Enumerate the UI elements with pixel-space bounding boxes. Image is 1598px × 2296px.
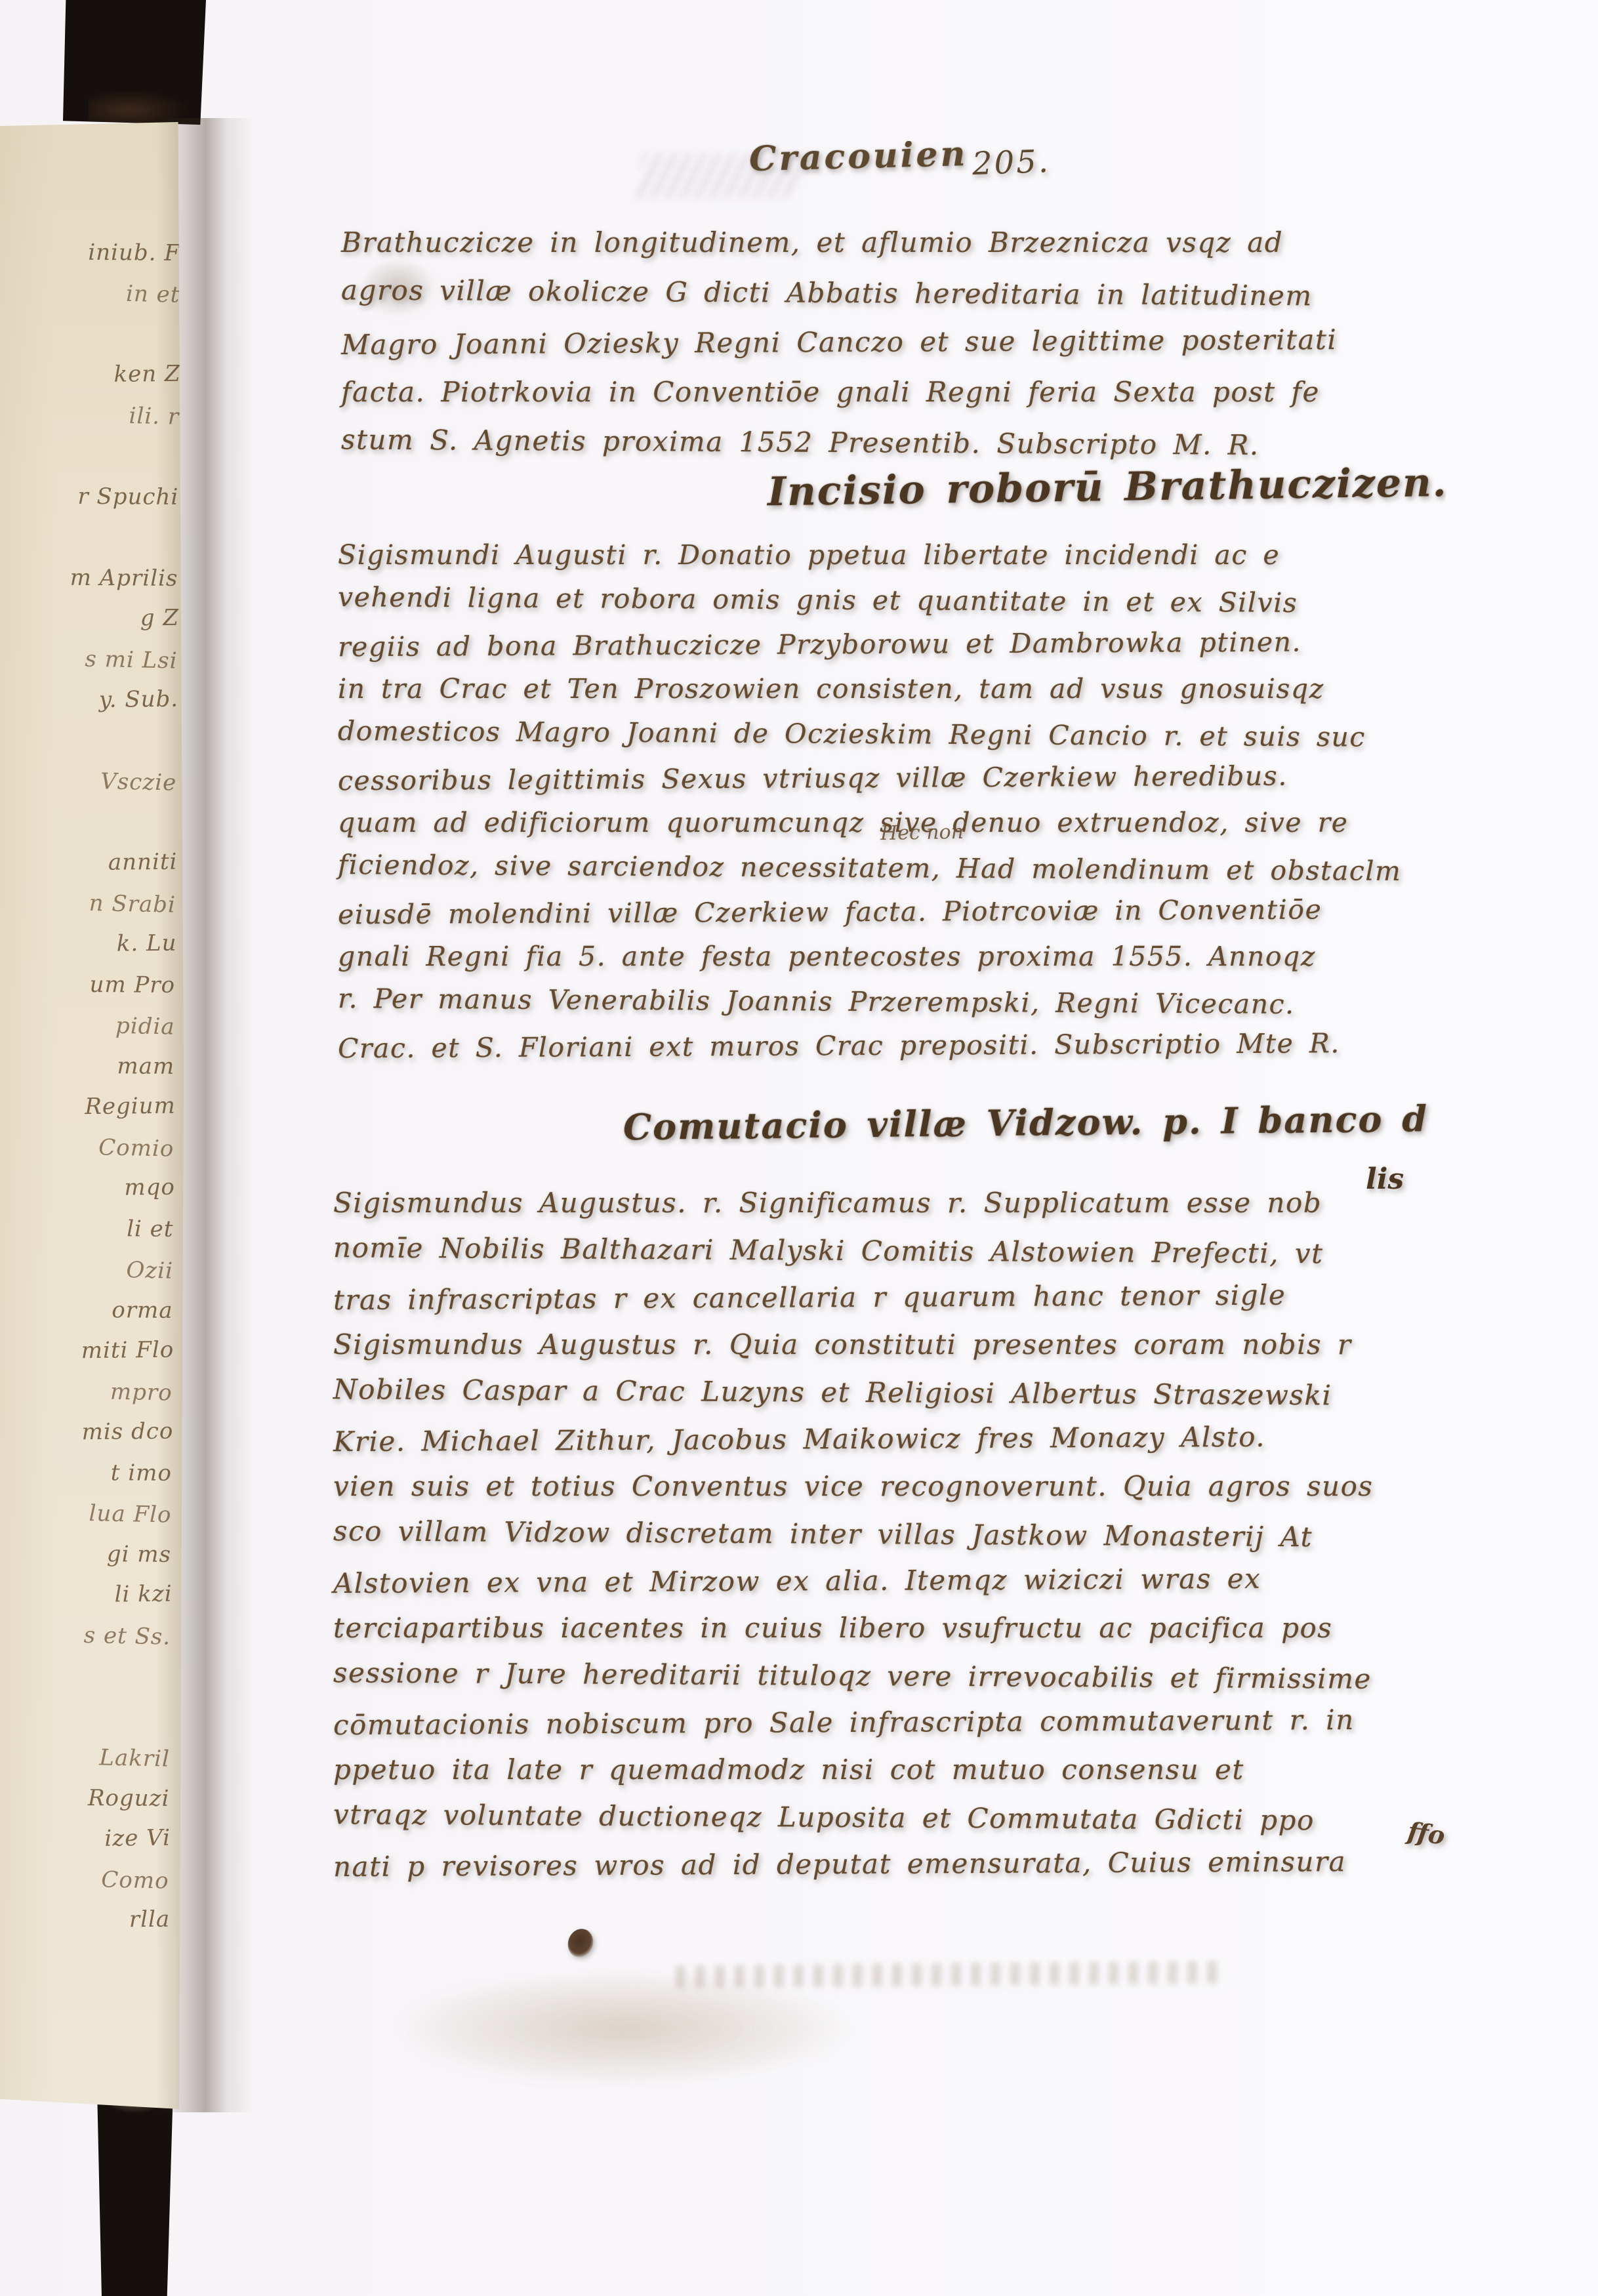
section-heading-2: Comutacio villæ Vidzow. p. I banco d pat… (623, 1096, 1598, 1148)
text-fragment: Como (5, 1857, 169, 1901)
text-fragment: orma (9, 1289, 173, 1331)
text-line: Krie. Michael Zithur, Jacobus Maikowicz … (333, 1413, 1374, 1466)
text-fragment: gi ms (7, 1533, 171, 1575)
paragraph-1: Brathuczicze in longitudinem, et aflumio… (341, 218, 1337, 467)
paragraph-3: Sigismundus Augustus. r. Significamus r.… (333, 1179, 1373, 1888)
previous-page-edge: iniub. F in et ken Z ili. r r Spuchi m A… (0, 122, 184, 2111)
binding-strip-bottom (97, 2087, 173, 2296)
text-fragment: ili. r (15, 393, 180, 437)
text-line: ficiendoz, sive sarciendoz necessitatem,… (338, 842, 1402, 893)
text-fragment: pidia (10, 1003, 175, 1047)
text-line: Alstovien ex vna et Mirzow ex alia. Item… (333, 1555, 1374, 1607)
text-line: regiis ad bona Brathuczicze Przyborowu e… (338, 619, 1402, 669)
text-line: stum S. Agnetis proxima 1552 Presentib. … (341, 415, 1338, 470)
paragraph-2: Sigismundi Augusti r. Donatio ppetua lib… (338, 533, 1401, 1068)
text-fragment: iniub. F (16, 232, 180, 274)
text-line: Crac. et S. Floriani ext muros Crac prep… (338, 1021, 1402, 1071)
text-fragment (16, 313, 180, 355)
text-line: Sigismundi Augusti r. Donatio ppetua lib… (338, 533, 1401, 577)
text-fragment: miti Flo (10, 1330, 174, 1372)
text-line: vtraqz voluntate ductioneqz Luposita et … (333, 1791, 1374, 1845)
text-fragment (14, 515, 178, 559)
text-line: in tra Crac et Ten Proszowien consisten,… (338, 666, 1401, 711)
interline-note: Hec non (880, 821, 964, 845)
previous-page-text-fragments: iniub. F in et ken Z ili. r r Spuchi m A… (5, 232, 180, 1941)
text-fragment: Ozii (9, 1247, 173, 1291)
text-line: Nobiles Caspar a Crac Luzyns et Religios… (333, 1366, 1374, 1420)
text-line: nomīe Nobilis Balthazari Malyski Comitis… (333, 1224, 1374, 1278)
text-line: gnali Regni fia 5. ante festa pentecoste… (338, 934, 1401, 979)
text-fragment: anniti (13, 842, 178, 884)
text-fragment: mam (10, 1045, 174, 1087)
text-fragment: in et (16, 271, 180, 315)
bleed-through-ghost-text (676, 1960, 1227, 1987)
section-heading-1: Incisio roborū Brathuczizen. (768, 460, 1448, 515)
text-fragment: li et (9, 1208, 173, 1250)
text-fragment (6, 1696, 170, 1738)
text-fragment: n Srabi (11, 881, 176, 925)
text-line: eiusdē molendini villæ Czerkiew facta. P… (338, 887, 1402, 937)
edge-stain (1496, 834, 1515, 858)
text-line: r. Per manus Venerabilis Joannis Przerem… (338, 976, 1402, 1027)
text-fragment: Regium (11, 1086, 176, 1128)
binding-strip-top (63, 0, 206, 129)
text-line: agros villæ okolicze G dicti Abbatis her… (341, 265, 1338, 321)
text-fragment: ize Vi (7, 1818, 171, 1860)
text-line: terciapartibus iacentes in cuius libero … (333, 1605, 1373, 1652)
text-line: Magro Joanni Oziesky Regni Canczo et sue… (341, 315, 1338, 370)
running-title: Cracouien (748, 134, 968, 179)
text-line: cōmutacionis nobiscum pro Sale infrascri… (333, 1696, 1374, 1749)
text-fragment: lua Flo (7, 1491, 172, 1535)
scan-background: iniub. F in et ken Z ili. r r Spuchi m A… (0, 0, 1598, 2296)
text-fragment: s mi Lsi (13, 637, 178, 681)
margin-note: ffo (1406, 1816, 1446, 1850)
text-fragment: r Spuchi (14, 476, 178, 518)
text-fragment: mis dco (9, 1411, 174, 1454)
text-line: vien suis et totius Conventus vice recog… (333, 1463, 1373, 1510)
text-fragment: Vsczie (12, 759, 177, 803)
text-fragment: Comio (10, 1125, 174, 1169)
text-fragment (12, 720, 176, 762)
text-line: domesticos Magro Joanni de Oczieskim Reg… (338, 708, 1402, 760)
text-fragment: mpro (8, 1369, 173, 1413)
text-line: Sigismundus Augustus. r. Significamus r.… (333, 1179, 1373, 1227)
text-fragment: s et Ss. (7, 1613, 171, 1657)
text-fragment: mqo (11, 1167, 176, 1210)
text-line: Sigismundus Augustus r. Quia constituti … (333, 1321, 1373, 1368)
text-fragment (12, 801, 176, 843)
text-fragment: Lakril (5, 1735, 170, 1779)
text-fragment: t imo (8, 1452, 172, 1494)
text-line: sessione r Jure hereditarii tituloqz ver… (333, 1649, 1374, 1703)
text-line: nati p revisores wros ad id deputat emen… (333, 1838, 1374, 1891)
text-fragment: g Z (15, 598, 180, 640)
text-fragment: Roguzi (5, 1777, 169, 1819)
text-fragment: rlla (6, 1899, 171, 1942)
text-fragment: li kzi (8, 1574, 173, 1616)
text-line: vehendi ligna et robora omis gnis et qua… (338, 575, 1402, 626)
text-line: quam ad edificiorum quorumcunqz sive den… (338, 800, 1401, 845)
page-number: 205. (972, 143, 1051, 182)
text-line: facta. Piotrkovia in Conventiōe gnali Re… (341, 367, 1337, 417)
manuscript-page: Cracouien 205. Brathuczicze in longitudi… (177, 118, 1535, 2112)
text-line: cessoribus legittimis Sexus vtriusqz vil… (338, 753, 1402, 803)
text-line: tras infrascriptas r ex cancellaria r qu… (333, 1271, 1374, 1324)
text-line: ppetuo ita late r quemadmodz nisi cot mu… (333, 1746, 1373, 1794)
text-fragment: y. Sub. (14, 679, 179, 722)
text-fragment (7, 1655, 172, 1698)
text-fragment: k. Lu (12, 923, 177, 966)
text-fragment: ken Z (16, 354, 181, 396)
text-fragment (16, 435, 180, 478)
text-fragment: um Pro (11, 964, 175, 1006)
text-line: Brathuczicze in longitudinem, et aflumio… (341, 218, 1337, 268)
ink-blot (564, 1925, 598, 1961)
text-line: sco villam Vidzow discretam inter villas… (333, 1507, 1374, 1561)
text-fragment: m Aprilis (14, 557, 178, 599)
